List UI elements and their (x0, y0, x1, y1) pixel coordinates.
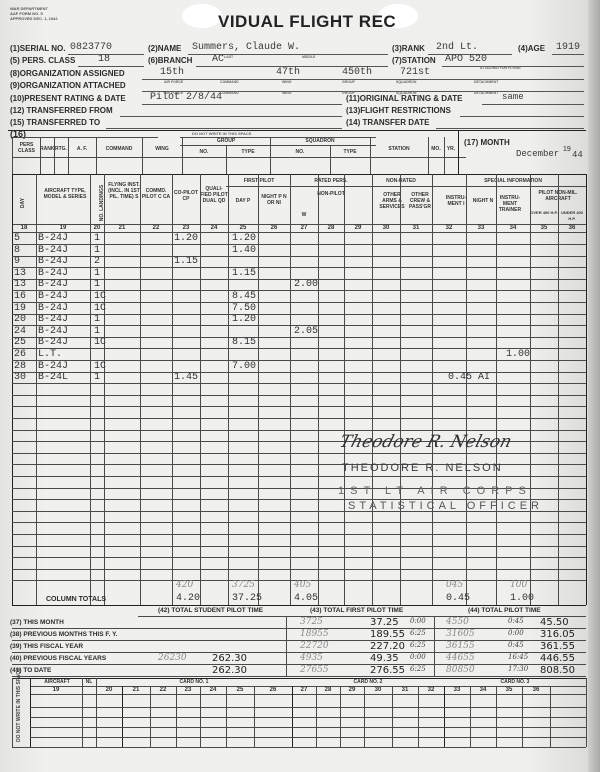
rule (180, 145, 376, 146)
cell-day: 20 (14, 314, 26, 326)
pers-class-value: 18 (98, 54, 110, 65)
cell-aircraft: B-24J (38, 291, 68, 303)
name-sub-last: LAST (224, 55, 233, 59)
rule (30, 707, 586, 708)
total-trainer: 1.00 (510, 593, 534, 605)
rule (12, 476, 586, 477)
total-non-pilot: 4.05 (294, 593, 318, 605)
rule (90, 174, 91, 605)
cell-day: 26 (14, 349, 26, 361)
cell-co-pilot: 1.15 (174, 256, 198, 268)
stamp-line-3: STATISTICAL OFFICER (348, 500, 543, 512)
rule (228, 174, 229, 605)
rule (290, 174, 291, 605)
underline (120, 116, 342, 117)
hdr-fp-night: NIGHT P N OR NI (258, 194, 290, 206)
card-col-number: 26 (254, 687, 292, 693)
present-rating-label: (10)PRESENT RATING & DATE (10, 94, 126, 103)
rule (12, 747, 586, 748)
card-col-number: 34 (470, 687, 496, 693)
card-col-number: 30 (364, 687, 392, 693)
underline (482, 104, 584, 105)
rule (12, 534, 586, 535)
hdr-rated-pers: RATED PERS. (290, 178, 372, 184)
serial-value: 0823770 (70, 42, 112, 53)
summary-label: (39) THIS FISCAL YEAR (10, 643, 83, 650)
cell-landings: 1 (94, 314, 100, 326)
cell-landings: 1C (94, 337, 106, 349)
total-note: 0:00 (508, 629, 524, 637)
rule (428, 137, 429, 174)
col-mo: MO. (428, 146, 444, 152)
col-squadron-type: TYPE (330, 149, 370, 155)
col-group-type: TYPE (226, 149, 270, 155)
student-pencil: 26230 (158, 653, 187, 663)
col-number: 24 (200, 225, 228, 231)
rule (12, 406, 586, 407)
card-col-number: 32 (418, 687, 444, 693)
rule (68, 137, 69, 174)
cell-aircraft: B-24J (38, 256, 68, 268)
rule (140, 174, 141, 605)
rule (434, 616, 435, 676)
rule (30, 727, 586, 728)
total-note: 16:45 (508, 653, 528, 661)
cell-aircraft: B-24J (38, 233, 68, 245)
branch-value: AC (212, 54, 224, 65)
rule (12, 605, 586, 606)
year-value: 44 (572, 150, 583, 160)
col-pers-class: PERS CLASS (13, 142, 40, 154)
name-value: Summers, Claude W. (192, 42, 300, 53)
stamp-line-2: 1ST LT AIR CORPS (338, 485, 532, 497)
rule (586, 686, 587, 747)
month-label: (17) MONTH (464, 138, 510, 147)
rule (8, 130, 586, 131)
col-number: 20 (90, 225, 104, 231)
col-number: 27 (290, 225, 318, 231)
col-number: 18 (12, 225, 36, 231)
rule (432, 174, 433, 605)
hdr-fp-day: DAY P (228, 198, 258, 204)
total-pencil: 80850 (446, 665, 475, 675)
column-totals-label: COLUMN TOTALS (46, 596, 106, 603)
rule (12, 664, 586, 665)
cell-first-pilot-day: 1.20 (232, 314, 256, 326)
rule (12, 676, 586, 677)
month-value: December (516, 149, 559, 159)
hdr-comm-pilot: COMMD. PILOT C CA (140, 188, 172, 200)
total-first-pilot: 37.25 (232, 593, 262, 605)
col-number: 29 (344, 225, 372, 231)
col-number: 34 (496, 225, 530, 231)
cell-non-pilot: 2.00 (294, 279, 318, 291)
rule (30, 737, 586, 738)
col-number: 19 (36, 225, 90, 231)
rule (12, 678, 13, 747)
form-title: VIDUAL FLIGHT REC (218, 12, 396, 32)
cell-day: 16 (14, 291, 26, 303)
present-rating-value: Pilot 2/8/44 (150, 92, 222, 103)
rule (586, 174, 587, 605)
col-squadron-no: NO. (270, 149, 330, 155)
card-col-number: 35 (496, 687, 522, 693)
total-note: 0:45 (508, 641, 524, 649)
total-time: 446.55 (540, 653, 575, 664)
transferred-from-label: (12) TRANSFERRED FROM (10, 106, 113, 115)
rule (12, 522, 586, 523)
card-col-number: 25 (226, 687, 254, 693)
first-note: 6:25 (410, 641, 426, 649)
hdr-trainer: INSTRU-MENT TRAINER (496, 195, 524, 213)
paper-edge (588, 0, 600, 772)
org-wing: 47th (276, 67, 300, 78)
col-number: 26 (258, 225, 290, 231)
card-col-number: 19 (30, 687, 82, 693)
hdr-np-w: W (290, 212, 318, 218)
card-nl: NL (82, 679, 96, 685)
age-label: (4)AGE (518, 44, 545, 53)
rule (40, 137, 41, 174)
org-group: 450th (342, 67, 372, 78)
org-attached-label: (9)ORGANIZATION ATTACHED (10, 81, 126, 90)
first-time: 189.55 (370, 629, 405, 640)
cell-first-pilot-day: 8.15 (232, 337, 256, 349)
flight-restrictions-label: (13)FLIGHT RESTRICTIONS (346, 106, 451, 115)
cell-day: 9 (14, 256, 20, 268)
rule (12, 628, 586, 629)
underline (106, 128, 342, 129)
rule (142, 137, 143, 174)
first-pencil: 18955 (300, 629, 329, 639)
col-number: 32 (432, 225, 466, 231)
sub-wing: WING (282, 91, 292, 95)
age-value: 1919 (556, 42, 580, 53)
signature: Theodore R. Nelson (337, 432, 514, 452)
total-pencil: 31605 (446, 629, 475, 639)
rule (466, 174, 467, 605)
col-number: 22 (140, 225, 172, 231)
station-value: APO 520 (445, 54, 487, 65)
card-col-number: 27 (292, 687, 316, 693)
station-sub: ATTACHED FOR FLYING (480, 66, 521, 70)
cell-first-pilot-day: 1.40 (232, 245, 256, 257)
rule (370, 137, 371, 174)
hdr-non-rated: NON-RATED (372, 178, 430, 184)
col-rank: RANK (40, 146, 54, 152)
rule (104, 174, 105, 605)
transfer-date-label: (14) TRANSFER DATE (346, 118, 429, 127)
org-squadron: 721st (400, 67, 430, 78)
cell-landings: 1 (94, 233, 100, 245)
total-pencil: 4550 (446, 617, 469, 627)
rule (12, 546, 586, 547)
rule (558, 174, 559, 605)
first-time: 227.20 (370, 641, 405, 652)
summary-header-total: (44) TOTAL PILOT TIME (468, 607, 541, 614)
rank-value: 2nd Lt. (436, 42, 478, 53)
rule (12, 652, 586, 653)
hdr-under: UNDER 400 H.P. (558, 210, 586, 222)
cell-day: 25 (14, 337, 26, 349)
summary-label: (40) PREVIOUS FISCAL YEARS (10, 655, 106, 662)
hdr-over: OVER 400 H.P. (530, 210, 558, 216)
cell-day: 30 (14, 372, 26, 384)
cell-non-pilot: 2.05 (294, 326, 318, 338)
summary-header-student: (42) TOTAL STUDENT PILOT TIME (158, 607, 263, 614)
first-time: 49.35 (370, 653, 399, 664)
card-side-label: DO NOT WRITE IN THIS SPACE (16, 668, 22, 742)
rule (444, 137, 445, 174)
underline (78, 66, 144, 67)
pencil-co-pilot: 420 (176, 580, 193, 590)
year-prefix: 19 (563, 146, 571, 153)
total-pencil: 44655 (446, 653, 475, 663)
pencil-first-pilot: 3725 (232, 580, 255, 590)
col-number: 35 (530, 225, 558, 231)
first-note: 0:00 (410, 653, 426, 661)
col-number: 23 (172, 225, 200, 231)
rule (458, 130, 459, 174)
form-header-small: WAR DEPARTMENT AAF FORM NO. 5 APPROVED D… (10, 6, 58, 21)
card-col-number: 29 (340, 687, 364, 693)
cell-first-pilot-day: 8.45 (232, 291, 256, 303)
col-group: GROUP (182, 138, 270, 144)
sub-air-force: AIR FORCE (164, 80, 183, 84)
rank-label: (3)RANK (392, 44, 425, 53)
rule (96, 137, 97, 174)
flight-record-form: WAR DEPARTMENT AAF FORM NO. 5 APPROVED D… (0, 0, 588, 772)
cell-first-pilot-day: 7.00 (232, 361, 256, 373)
first-note: 6:25 (410, 665, 426, 673)
original-rating-label: (11)ORIGINAL RATING & DATE (346, 94, 462, 103)
pencil-non-pilot: 405 (294, 580, 311, 590)
sub-detachment: DETACHMENT (474, 91, 498, 95)
student-time: 262.30 (212, 665, 247, 676)
hdr-co-pilot: CO-PILOT CP (172, 190, 200, 202)
first-pencil: 4935 (300, 653, 323, 663)
col-af: A. F. (68, 146, 96, 152)
total-instrument: 0.45 (446, 593, 470, 605)
rule (318, 174, 319, 605)
total-pencil: 36155 (446, 641, 475, 651)
summary-label: (37) THIS MONTH (10, 619, 64, 626)
first-time: 276.55 (370, 665, 405, 676)
rule (344, 174, 345, 605)
col-number: 25 (228, 225, 258, 231)
col-group-no: NO. (182, 149, 226, 155)
transferred-to-label: (15) TRANSFERRED TO (10, 118, 100, 127)
sub-detachment: DETACHMENT (474, 80, 498, 84)
total-time: 45.50 (540, 617, 569, 628)
first-pencil: 3725 (300, 617, 323, 627)
original-rating-value: same (502, 92, 524, 102)
first-note: 6:25 (410, 629, 426, 637)
rule (12, 157, 466, 158)
hdr-qualified: QUALI-FIED PILOT DUAL QD (200, 186, 228, 204)
underline (142, 104, 342, 105)
sub-command: COMMAND (220, 91, 239, 95)
sub-command: COMMAND (220, 80, 239, 84)
rule (12, 557, 586, 558)
card-col-number: 23 (176, 687, 200, 693)
cell-landings: 1 (94, 279, 100, 291)
card-col-number: 24 (200, 687, 226, 693)
total-note: 0:45 (508, 617, 524, 625)
rule (36, 174, 37, 605)
rule (12, 430, 586, 431)
cell-day: 13 (14, 279, 26, 291)
card-no-3: CARD NO. 3 (444, 679, 586, 685)
cell-trainer: 1.00 (506, 349, 530, 361)
cell-aircraft: B-24L (38, 372, 68, 384)
col-number: 36 (558, 225, 586, 231)
hdr-night: NIGHT N (472, 198, 494, 204)
branch-label: (6)BRANCH (148, 56, 192, 65)
card-col-number: 28 (316, 687, 340, 693)
hdr-flying-inst: FLYING INST. (INCL. IN 1ST PIL. TIME) S (108, 182, 140, 200)
stamp-line-1: THEODORE R. NELSON (342, 462, 503, 474)
col-number: 30 (372, 225, 400, 231)
card-col-number: 36 (522, 687, 550, 693)
rule (530, 174, 531, 605)
total-time: 361.55 (540, 641, 575, 652)
total-time: 316.05 (540, 629, 575, 640)
hdr-aircraft: AIRCRAFT TYPE, MODEL & SERIES (36, 188, 94, 200)
first-pencil: 27655 (300, 665, 329, 675)
card-no-2: CARD NO. 2 (292, 679, 444, 685)
hdr-non-pilot: NON-PILOT (290, 191, 372, 197)
station-label: (7)STATION (392, 56, 436, 65)
rule (12, 569, 586, 570)
name-sub-middle: MIDDLE (302, 55, 315, 59)
cell-co-pilot: 1.20 (174, 233, 198, 245)
col-rtg: RTG. (54, 146, 68, 152)
first-pencil: 22720 (300, 641, 329, 651)
hdr-other-crew: OTHER CREW & PASS'GR (406, 192, 434, 210)
underline (552, 54, 584, 55)
first-note: 0:00 (410, 617, 426, 625)
col-number: 31 (400, 225, 432, 231)
card-col-number: 20 (96, 687, 122, 693)
rule (12, 395, 586, 396)
rule (258, 174, 259, 605)
rule (200, 174, 201, 605)
sub-group: GROUP (342, 80, 355, 84)
card-aircraft: AIRCRAFT (32, 679, 82, 685)
pers-class-label: (5) PERS. CLASS (10, 56, 75, 65)
rule (226, 186, 586, 187)
col-yr: YR. (444, 146, 458, 152)
rule (12, 418, 586, 419)
rule (496, 174, 497, 605)
cell-first-pilot-day: 1.15 (232, 268, 256, 280)
col-station: STATION (370, 146, 428, 152)
card-no-1: CARD NO. 1 (96, 679, 292, 685)
rule (172, 174, 173, 605)
serial-label: (1)SERIAL NO. (10, 44, 65, 53)
hdr-special-info: SPECIAL INFORMATION (440, 178, 586, 184)
total-note: 17:30 (508, 665, 528, 673)
name-label: (2)NAME (148, 44, 181, 53)
total-time: 808.50 (540, 665, 575, 676)
col-command: COMMAND (96, 146, 142, 152)
rule (12, 174, 586, 175)
rule (400, 174, 401, 605)
cell-aircraft: B-24J (38, 314, 68, 326)
pencil-trainer: 100 (510, 580, 527, 590)
underline (436, 128, 584, 129)
col-number: 28 (318, 225, 344, 231)
card-col-number: 22 (150, 687, 176, 693)
sub-wing: WING (282, 80, 292, 84)
punch-hole (182, 4, 222, 28)
hdr-day: DAY (20, 193, 26, 213)
cell-landings: 1C (94, 291, 106, 303)
summary-header-first: (43) TOTAL FIRST PILOT TIME (310, 607, 403, 614)
cell-aircraft: B-24J (38, 337, 68, 349)
col-number: 21 (104, 225, 140, 231)
cell-first-pilot-day: 1.20 (232, 233, 256, 245)
card-col-number: 31 (392, 687, 418, 693)
underline (142, 79, 584, 80)
col-wing: WING (142, 146, 182, 152)
rule (372, 174, 373, 605)
sub-squadron: SQUADRON (396, 80, 416, 84)
org-assigned-label: (8)ORGANIZATION ASSIGNED (10, 69, 125, 78)
rule (12, 640, 586, 641)
student-time: 262.30 (212, 653, 247, 664)
org-air-force: 15th (160, 67, 184, 78)
hdr-other-arms: OTHER ARMS & SERVICES (378, 192, 406, 210)
rule (12, 174, 13, 605)
hdr-first-pilot: FIRST PILOT (228, 178, 290, 184)
rule (30, 717, 586, 718)
rule (12, 453, 586, 454)
cell-aircraft: L.T. (38, 349, 62, 361)
card-col-number: 33 (444, 687, 470, 693)
summary-label: (38) PREVIOUS MONTHS THIS F. Y. (10, 631, 118, 638)
rule (12, 137, 158, 138)
first-time: 37.25 (370, 617, 399, 628)
col-squadron: SQUADRON (270, 138, 370, 144)
cell-landings: 2 (94, 256, 100, 268)
cell-instrument: 0.45 AI (448, 372, 490, 384)
cell-landings: 1 (94, 372, 100, 384)
underline (460, 116, 584, 117)
cell-co-pilot: 1.45 (174, 372, 198, 384)
cell-aircraft: B-24J (38, 279, 68, 291)
rule (30, 694, 586, 695)
cell-day: 5 (14, 233, 20, 245)
pencil-instrument: 045 (446, 580, 463, 590)
col-number: 33 (466, 225, 496, 231)
total-co-pilot: 4.20 (176, 593, 200, 605)
do-not-write-label: DO NOT WRITE IN THIS SPACE (192, 131, 251, 136)
card-col-number: 21 (122, 687, 150, 693)
rule (286, 616, 287, 676)
rule (54, 137, 55, 174)
